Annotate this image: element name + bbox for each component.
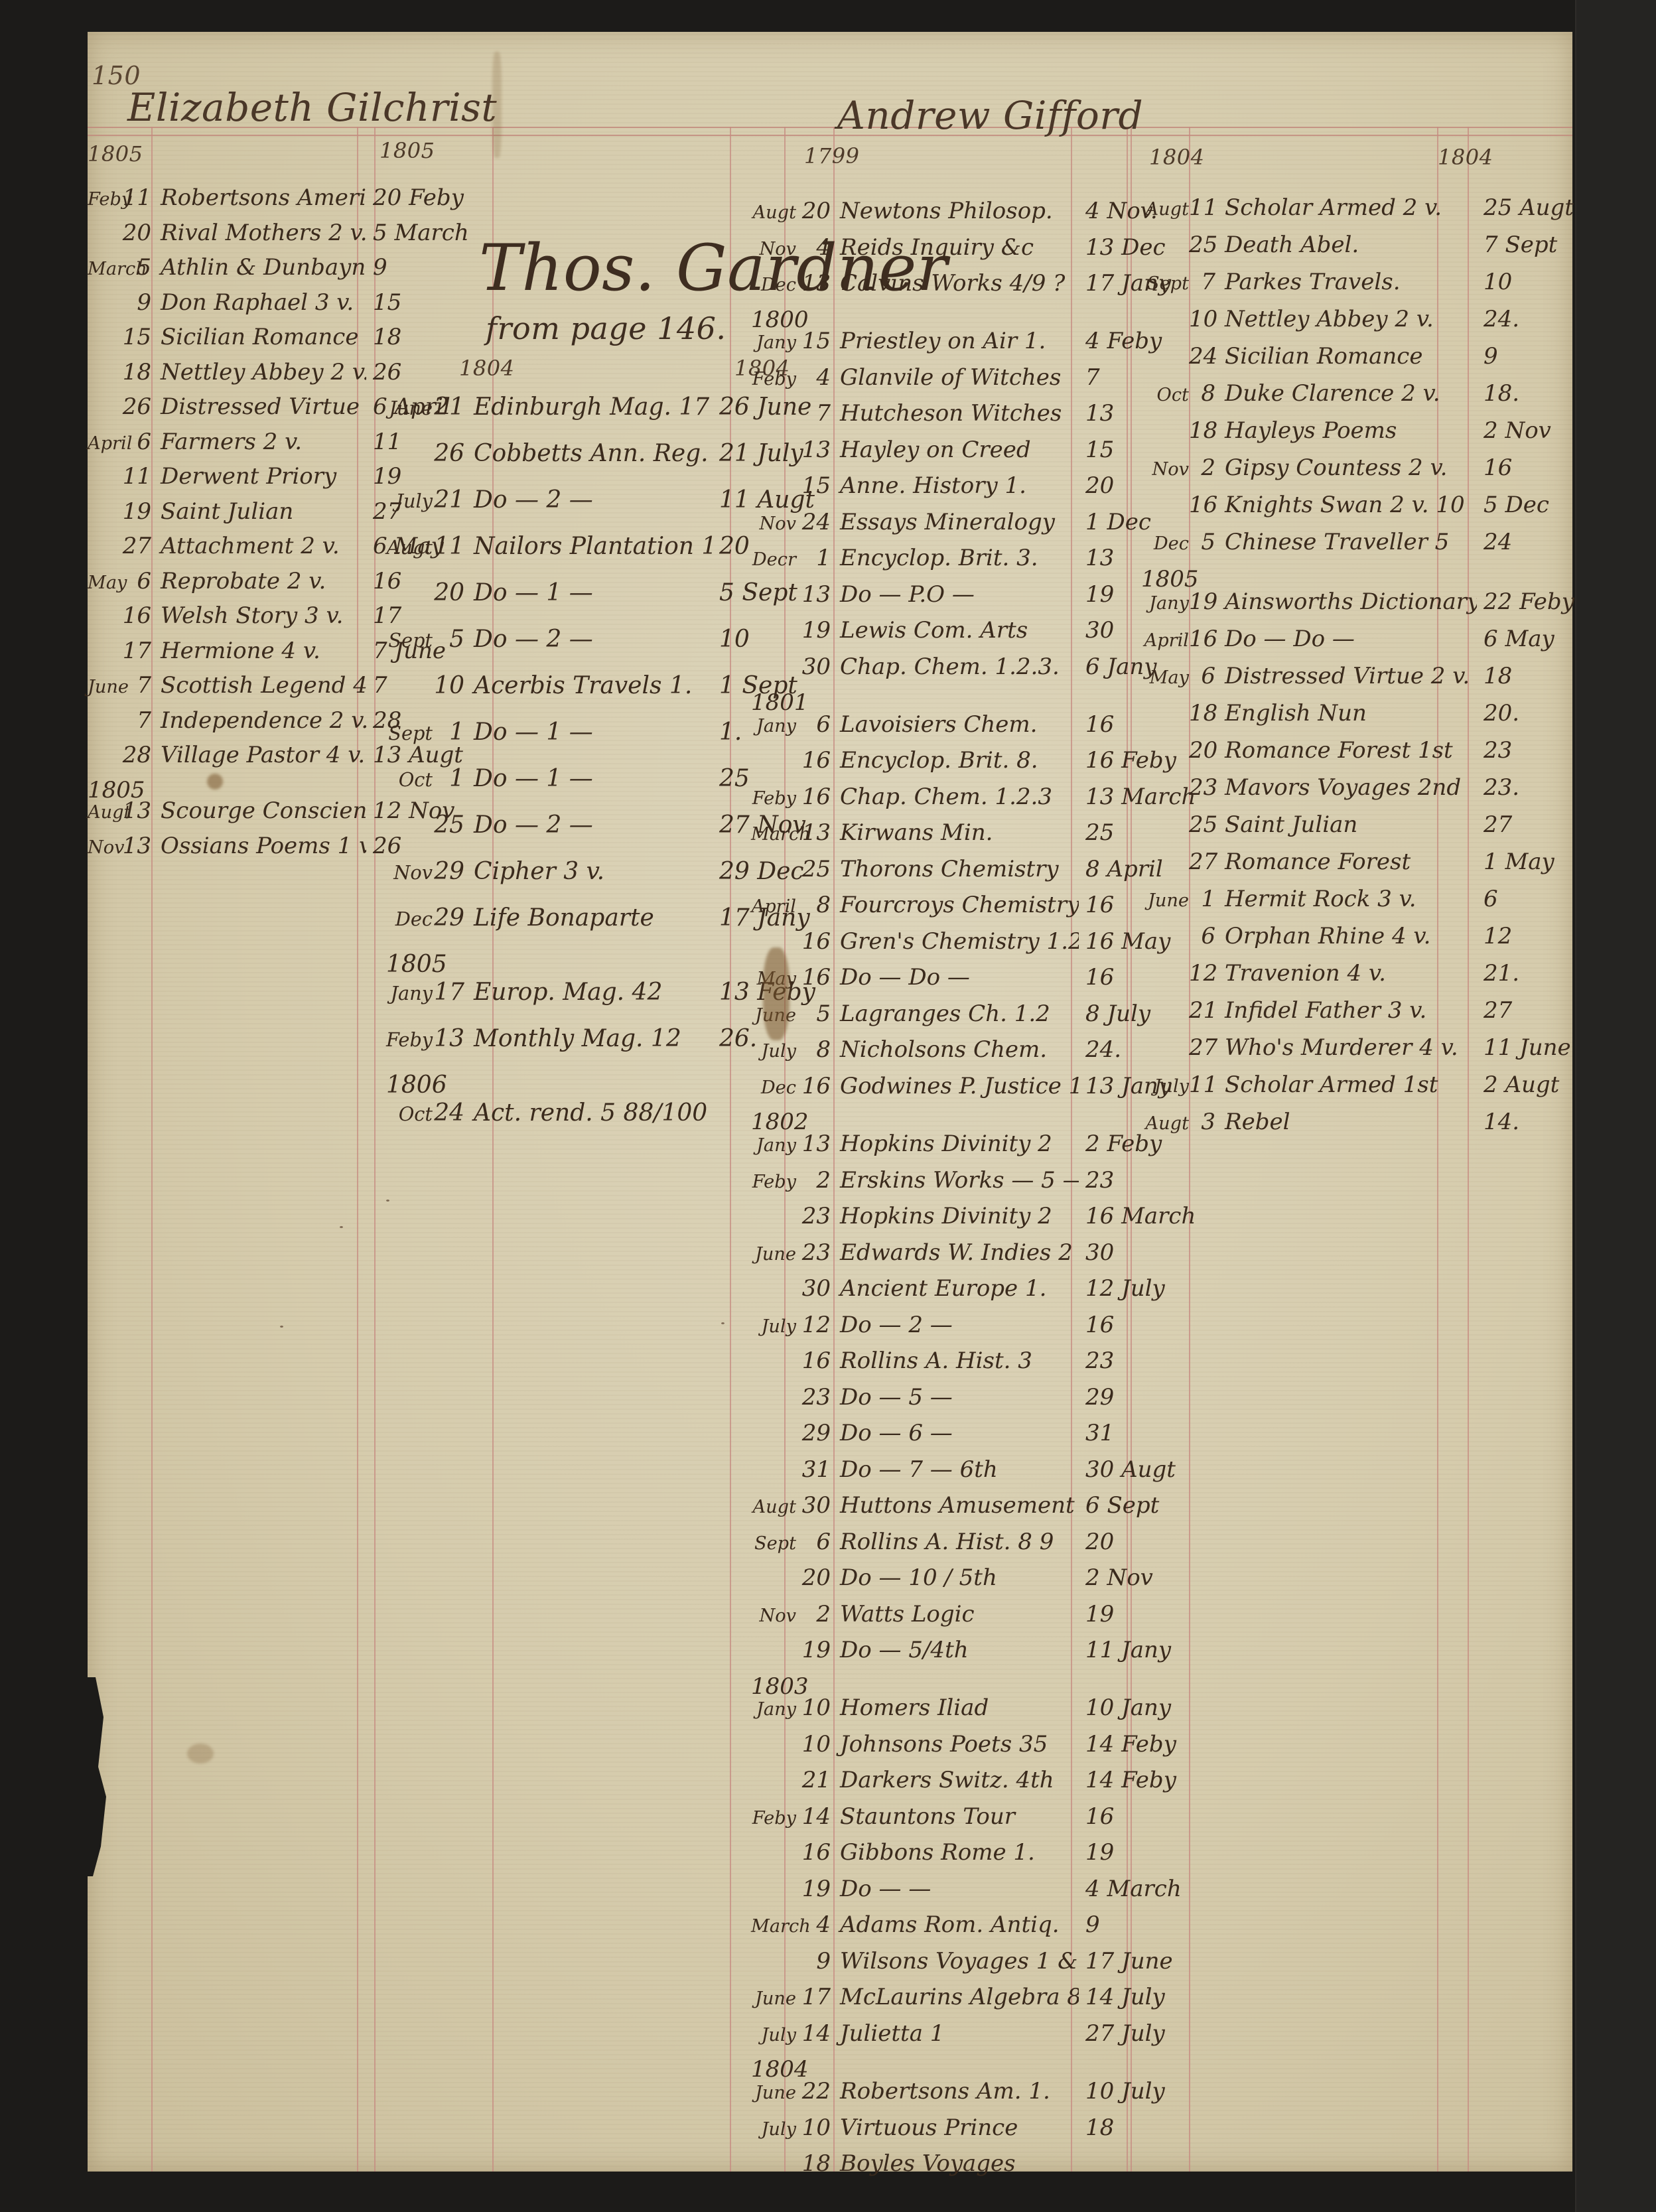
ink-speck <box>721 1322 724 1324</box>
entry-day: 4 <box>796 234 831 261</box>
entry-day: 11 <box>114 184 151 211</box>
account-subtitle-gardner: from page 146. <box>486 311 726 346</box>
entry-day: 2 <box>796 1167 831 1194</box>
entry-title: Distressed Virtue 2 v. <box>1215 663 1477 689</box>
entry-returned: 16 <box>1079 1803 1158 1830</box>
entry-day: 13 <box>796 270 831 297</box>
entry-title: Act. rend. 5 88/100 <box>464 1099 713 1127</box>
entry-day: 10 <box>433 672 464 699</box>
entry-returned: 9 <box>366 254 472 281</box>
entry-month: Jany <box>751 716 796 736</box>
ledger-entry: 6Orphan Rhine 4 v.12 <box>1141 923 1563 949</box>
entry-returned: 9 <box>1477 343 1563 370</box>
entry-day: 26 <box>433 440 464 467</box>
entry-day: 10 <box>796 1694 831 1721</box>
entry-title: Watts Logic <box>831 1601 1079 1627</box>
ledger-entry: 7Hutcheson Witches13 <box>751 400 1158 427</box>
ledger-entry: Feby2Erskins Works — 5 —23 <box>751 1167 1158 1194</box>
entry-title: Scottish Legend 4 v. <box>151 672 366 699</box>
entry-month: May <box>88 573 114 593</box>
entry-title: Lagranges Ch. 1.2 <box>831 1001 1079 1027</box>
entry-month: June <box>1141 890 1189 911</box>
ledger-entry: July21Do — 2 —11 Augt <box>386 486 792 514</box>
column-rule <box>730 127 731 2172</box>
entry-month: Augt <box>88 802 114 823</box>
entry-returned: 23. <box>1477 774 1563 801</box>
entry-returned: 16 <box>1079 1312 1158 1338</box>
entry-day: 12 <box>1189 960 1215 987</box>
ledger-entry: 12Travenion 4 v.21. <box>1141 960 1563 987</box>
entry-returned: 14 Feby <box>1079 1731 1158 1758</box>
ledger-entry: 20Do — 1 —5 Sept <box>386 579 792 606</box>
entry-day: 27 <box>1189 849 1215 875</box>
entry-title: Priestley on Air 1. <box>831 328 1079 354</box>
year-label: 1805 <box>386 951 447 978</box>
entry-returned: 24. <box>1477 306 1563 332</box>
ink-speck <box>386 1200 389 1202</box>
entry-title: Travenion 4 v. <box>1215 960 1477 987</box>
entry-title: Independence 2 v. <box>151 707 366 734</box>
ledger-entry: 25Death Abel.7 Sept <box>1141 232 1563 258</box>
entry-title: Duke Clarence 2 v. <box>1215 380 1477 407</box>
entry-month: Dec <box>1141 533 1189 554</box>
entry-title: Rival Mothers 2 v. <box>151 220 366 246</box>
entry-day: 11 <box>1189 1071 1215 1098</box>
ledger-entry: 10Acerbis Travels 1.1 Sept <box>386 672 792 699</box>
dark-backing-board <box>1575 0 1656 2212</box>
entry-day: 24 <box>433 1099 464 1127</box>
entry-day: 1 <box>433 719 464 746</box>
entry-month: July <box>386 490 433 512</box>
entry-title: Rebel <box>1215 1109 1477 1135</box>
ledger-entry: 15Sicilian Romance18 <box>88 324 472 350</box>
entry-day: 6 <box>114 568 151 594</box>
entry-title: Infidel Father 3 v. <box>1215 997 1477 1024</box>
entry-returned: 14 July <box>1079 1984 1158 2010</box>
entry-returned: 24 <box>1477 529 1563 555</box>
entry-title: Lewis Com. Arts <box>831 617 1079 644</box>
ledger-entry: 28Village Pastor 4 v.13 Augt <box>88 742 472 768</box>
entry-month: Nov <box>751 1606 796 1626</box>
entry-day: 20 <box>796 1564 831 1591</box>
entry-day: 1 <box>433 765 464 792</box>
ledger-entry: July11Scholar Armed 1st2 Augt <box>1141 1071 1563 1098</box>
ledger-entry: 31Do — 7 — 6th30 Augt <box>751 1456 1158 1483</box>
entry-title: Saint Julian <box>151 498 366 525</box>
entry-title: Rollins A. Hist. 8 9 <box>831 1529 1079 1555</box>
ledger-entry: April8Fourcroys Chemistry 216 <box>751 892 1158 918</box>
entry-day: 6 <box>1189 663 1215 689</box>
entry-month: Augt <box>1141 199 1189 220</box>
ledger-entry: Feby11Robertsons America 3 v.20 Feby <box>88 184 472 211</box>
ink-speck <box>340 1226 343 1228</box>
entry-day: 18 <box>796 2150 831 2177</box>
entry-returned: 10 Jany <box>1079 1694 1158 1721</box>
entry-month: July <box>751 1041 796 1062</box>
ledger-entry: Sept1Do — 1 —1. <box>386 719 792 746</box>
entry-day: 13 <box>433 1025 464 1052</box>
ledger-entry: 27Romance Forest1 May <box>1141 849 1563 875</box>
year-header: 1805 <box>88 141 143 167</box>
ledger-entry: 24Sicilian Romance9 <box>1141 343 1563 370</box>
entry-title: Do — 1 — <box>464 579 713 606</box>
entry-title: Anne. History 1. <box>831 472 1079 499</box>
entry-title: Huttons Amusement <box>831 1492 1079 1519</box>
ledger-entry: 25Saint Julian27 <box>1141 811 1563 838</box>
ledger-entry: 10Nettley Abbey 2 v.24. <box>1141 306 1563 332</box>
entry-day: 1 <box>1189 886 1215 912</box>
ledger-page: 150 Elizabeth Gilchrist Andrew Gifford T… <box>88 32 1572 2172</box>
entry-returned: 18 <box>1079 2114 1158 2141</box>
entry-title: Edinburgh Mag. 17 <box>464 393 713 421</box>
entry-day: 16 <box>796 1839 831 1866</box>
ledger-entry: June23Edwards W. Indies 230 <box>751 1239 1158 1266</box>
entry-returned: 12 July <box>1079 1275 1158 1302</box>
entry-returned: 6 <box>1477 886 1563 912</box>
entry-day: 10 <box>796 2114 831 2141</box>
ledger-entry: 15Anne. History 1.20 <box>751 472 1158 499</box>
entry-title: Chap. Chem. 1.2.3. <box>831 654 1079 680</box>
ledger-entry: 30Chap. Chem. 1.2.3.6 Jany <box>751 654 1158 680</box>
entry-title: Adams Rom. Antiq. <box>831 1911 1079 1938</box>
entry-returned: 21. <box>1477 960 1563 987</box>
entry-month: Augt <box>386 536 433 559</box>
ledger-entry: 25Thorons Chemistry8 April <box>751 856 1158 882</box>
ledger-entry: March4Adams Rom. Antiq.9 <box>751 1911 1158 1938</box>
entry-returned: 10 July <box>1079 2078 1158 2105</box>
entry-returned: 19 <box>1079 1601 1158 1627</box>
entry-month: Augt <box>1141 1113 1189 1134</box>
ledger-entry: Sept6Rollins A. Hist. 8 920 <box>751 1529 1158 1555</box>
year-marker: 1806 <box>386 1071 447 1099</box>
entry-returned: 11 Jany <box>1079 1637 1158 1663</box>
entry-title: Cobbetts Ann. Reg. 8 <box>464 440 713 467</box>
entry-month: Nov <box>1141 459 1189 480</box>
entry-returned: 6 Sept <box>1079 1492 1158 1519</box>
entry-day: 13 <box>796 819 831 846</box>
ledger-entry: Dec16Godwines P. Justice 113 Jany <box>751 1073 1158 1099</box>
entry-title: Saint Julian <box>1215 811 1477 838</box>
ledger-entry: June17McLaurins Algebra 814 July <box>751 1984 1158 2010</box>
entry-returned: 4 March <box>1079 1876 1158 1902</box>
ledger-entry: 19Do — —4 March <box>751 1876 1158 1902</box>
entry-returned: 12 <box>1477 923 1563 949</box>
ink-smudge <box>492 52 502 158</box>
entry-month: Nov <box>751 514 796 534</box>
ledger-entry: Oct8Duke Clarence 2 v.18. <box>1141 380 1563 407</box>
entry-title: Derwent Priory <box>151 463 366 490</box>
entry-title: Sicilian Romance <box>1215 343 1477 370</box>
entry-day: 30 <box>796 1492 831 1519</box>
entry-title: Nettley Abbey 2 v. <box>151 359 366 385</box>
entry-day: 14 <box>796 2020 831 2047</box>
entry-month: April <box>1141 630 1189 651</box>
entry-returned: 25 Augt <box>1477 194 1563 221</box>
entry-title: Do — 6 — <box>831 1420 1079 1446</box>
entry-month: April <box>751 896 796 917</box>
ledger-entry: 18Boyles Voyages <box>751 2150 1158 2177</box>
entry-title: Reprobate 2 v. <box>151 568 366 594</box>
ledger-entry: 10Johnsons Poets 3514 Feby <box>751 1731 1158 1758</box>
entry-day: 22 <box>796 2078 831 2105</box>
entry-title: Virtuous Prince <box>831 2114 1079 2141</box>
entry-returned: 23 <box>1079 1348 1158 1374</box>
entry-title: Thorons Chemistry <box>831 856 1079 882</box>
entry-title: Johnsons Poets 35 <box>831 1731 1079 1758</box>
entry-day: 28 <box>114 742 151 768</box>
entry-title: Do — Do — <box>1215 626 1477 652</box>
entry-day: 31 <box>796 1456 831 1483</box>
header-rule-bottom <box>88 135 1572 136</box>
entry-day: 17 <box>796 1984 831 2010</box>
ledger-entry: 20Do — 10 / 5th2 Nov <box>751 1564 1158 1591</box>
ledger-entry: Augt30Huttons Amusement6 Sept <box>751 1492 1158 1519</box>
ledger-entry: Oct1Do — 1 —25 <box>386 765 792 792</box>
year-header: 1804 <box>1149 145 1204 170</box>
entry-returned: 19 <box>366 463 472 490</box>
entry-title: Cipher 3 v. <box>464 858 713 885</box>
entry-title: Do — 2 — <box>464 626 713 653</box>
entry-month: May <box>1141 667 1189 688</box>
ink-blot <box>207 774 223 790</box>
ledger-entry: April16Do — Do —6 May <box>1141 626 1563 652</box>
entry-day: 25 <box>433 811 464 839</box>
entry-month: July <box>1141 1076 1189 1097</box>
ledger-entry: 30Ancient Europe 1.12 July <box>751 1275 1158 1302</box>
entry-month: March <box>751 1916 796 1937</box>
entry-title: Parkes Travels. <box>1215 269 1477 295</box>
entry-month: Oct <box>386 1103 433 1125</box>
entry-title: Stauntons Tour <box>831 1803 1079 1830</box>
ledger-entry: 13Do — P.O —19 <box>751 581 1158 608</box>
entry-day: 16 <box>1189 626 1215 652</box>
entry-day: 15 <box>796 472 831 499</box>
entry-title: Scourge Conscience 4 v. <box>151 797 366 824</box>
entry-month: Oct <box>386 768 433 791</box>
entry-day: 30 <box>796 654 831 680</box>
entry-day: 5 <box>1189 529 1215 555</box>
account-name-gifford: Andrew Gifford <box>837 93 1143 138</box>
entry-day: 5 <box>114 254 151 281</box>
year-header: 1804 <box>1438 145 1493 170</box>
ledger-entry: Oct24Act. rend. 5 88/100 <box>386 1099 792 1127</box>
entry-returned: 26 <box>366 359 472 385</box>
entry-month: April <box>88 433 114 454</box>
entry-title: Erskins Works — 5 — <box>831 1167 1079 1194</box>
entry-returned: 15 <box>366 289 472 316</box>
entry-day: 29 <box>433 904 464 932</box>
entry-month: Feby <box>751 369 796 389</box>
entry-title: Orphan Rhine 4 v. <box>1215 923 1477 949</box>
ledger-entry: Nov29Cipher 3 v.29 Dec <box>386 858 792 885</box>
entry-day: 9 <box>114 289 151 316</box>
ledger-entry: 25Do — 2 —27 Nov <box>386 811 792 839</box>
entry-title: Glanvile of Witches <box>831 364 1079 391</box>
entry-day: 15 <box>796 328 831 354</box>
entry-title: Scholar Armed 2 v. <box>1215 194 1477 221</box>
entry-title: Europ. Mag. 42 <box>464 979 713 1006</box>
entry-month: July <box>751 2119 796 2140</box>
ledger-entry: March5Athlin & Dunbayne9 <box>88 254 472 281</box>
entry-month: Oct <box>1141 385 1189 405</box>
entry-day: 30 <box>796 1275 831 1302</box>
entry-title: Romance Forest 1st <box>1215 737 1477 764</box>
entry-day: 2 <box>796 1601 831 1627</box>
entry-returned: 10 <box>1477 269 1563 295</box>
entry-month: Dec <box>751 1077 796 1098</box>
entry-day: 20 <box>114 220 151 246</box>
entry-title: Knights Swan 2 v. 10 <box>1215 492 1477 518</box>
entry-title: Sicilian Romance <box>151 324 366 350</box>
entry-day: 4 <box>796 364 831 391</box>
entry-day: 21 <box>433 393 464 421</box>
entry-returned: 27 July <box>1079 2020 1158 2047</box>
entry-title: Calvins Works 4/9 ? <box>831 270 1079 297</box>
ledger-entry: Nov4Reids Inquiry &c13 Dec <box>751 234 1158 261</box>
entry-returned: 16 March <box>1079 1203 1158 1229</box>
entry-returned: 27 <box>1477 997 1563 1024</box>
entry-title: Do — 1 — <box>464 719 713 746</box>
entry-day: 16 <box>1189 492 1215 518</box>
ledger-entry: 21Darkers Switz. 4th14 Feby <box>751 1767 1158 1793</box>
ledger-entry: June21Edinburgh Mag. 1726 June <box>386 393 792 421</box>
entry-month: Augt <box>751 1497 796 1517</box>
entry-day: 18 <box>1189 700 1215 726</box>
entry-day: 14 <box>796 1803 831 1830</box>
entry-day: 7 <box>114 672 151 699</box>
entry-returned: 18. <box>1477 380 1563 407</box>
entry-title: Do — 1 — <box>464 765 713 792</box>
entry-title: Gipsy Countess 2 v. <box>1215 454 1477 481</box>
ledger-entry: Dec5Chinese Traveller 524 <box>1141 529 1563 555</box>
entry-day: 13 <box>796 581 831 608</box>
entry-title: Do — 2 — <box>464 811 713 839</box>
entry-day: 9 <box>796 1948 831 1974</box>
ledger-entry: 23Mavors Voyages 2nd23. <box>1141 774 1563 801</box>
entry-title: Do — 7 — 6th <box>831 1456 1079 1483</box>
entry-month: Sept <box>1141 273 1189 294</box>
entry-month: Dec <box>386 908 433 930</box>
entry-day: 21 <box>433 486 464 514</box>
entry-day: 21 <box>1189 997 1215 1024</box>
entry-title: Godwines P. Justice 1 <box>831 1073 1079 1099</box>
entry-returned: 17 <box>366 602 472 629</box>
entry-day: 23 <box>1189 774 1215 801</box>
entry-day: 16 <box>796 747 831 774</box>
entry-title: Scholar Armed 1st <box>1215 1071 1477 1098</box>
entry-title: Hutcheson Witches <box>831 400 1079 427</box>
ledger-entry: 23Do — 5 —29 <box>751 1384 1158 1411</box>
entry-day: 20 <box>796 198 831 224</box>
ledger-entry: Augt11Nailors Plantation 1.20 <box>386 533 792 560</box>
entry-returned: 23 <box>1079 1167 1158 1194</box>
ledger-entry: Feby13Monthly Mag. 1226. <box>386 1025 792 1052</box>
entry-month: Sept <box>386 629 433 652</box>
entry-title: Chap. Chem. 1.2.3 <box>831 784 1079 810</box>
entry-returned: 5 March <box>366 220 472 246</box>
ledger-entry: 16Gibbons Rome 1.19 <box>751 1839 1158 1866</box>
ledger-entry: Sept7Parkes Travels.10 <box>1141 269 1563 295</box>
entry-day: 11 <box>114 463 151 490</box>
entry-day: 19 <box>114 498 151 525</box>
entry-returned: 29 <box>1079 1384 1158 1411</box>
entry-day: 27 <box>1189 1034 1215 1061</box>
entry-day: 16 <box>796 964 831 991</box>
entry-title: Death Abel. <box>1215 232 1477 258</box>
entry-returned: 31 <box>1079 1420 1158 1446</box>
entry-day: 3 <box>1189 1109 1215 1135</box>
ledger-entry: June1Hermit Rock 3 v.6 <box>1141 886 1563 912</box>
entry-title: Athlin & Dunbayne <box>151 254 366 281</box>
entry-month: July <box>751 2025 796 2045</box>
entry-day: 29 <box>433 858 464 885</box>
ledger-entry: May16Do — Do —16 <box>751 964 1158 991</box>
entry-title: Julietta 1 <box>831 2020 1079 2047</box>
entry-day: 6 <box>114 429 151 455</box>
entry-day: 5 <box>433 626 464 653</box>
entry-month: June <box>386 397 433 419</box>
entry-day: 25 <box>1189 232 1215 258</box>
entry-title: Rollins A. Hist. 3 <box>831 1348 1079 1374</box>
entry-month: June <box>751 1244 796 1265</box>
entry-day: 10 <box>796 1731 831 1758</box>
entry-returned: 13 Augt <box>366 742 472 768</box>
entry-day: 13 <box>796 437 831 463</box>
entry-day: 20 <box>433 579 464 606</box>
entry-title: Chinese Traveller 5 <box>1215 529 1477 555</box>
entry-month: July <box>751 1316 796 1337</box>
ledger-entry: Nov2Watts Logic19 <box>751 1601 1158 1627</box>
entry-returned: 2 Augt <box>1477 1071 1563 1098</box>
entry-day: 8 <box>796 892 831 918</box>
entry-title: McLaurins Algebra 8 <box>831 1984 1079 2010</box>
entry-title: Encyclop. Brit. 8. <box>831 747 1079 774</box>
entry-title: Essays Mineralogy <box>831 509 1079 535</box>
entry-month: Sept <box>751 1533 796 1554</box>
entry-day: 27 <box>114 533 151 559</box>
entry-day: 19 <box>1189 588 1215 615</box>
entry-day: 7 <box>114 707 151 734</box>
ledger-entry: Nov2Gipsy Countess 2 v.16 <box>1141 454 1563 481</box>
water-stain <box>187 1744 214 1763</box>
entry-returned: 20. <box>1477 700 1563 726</box>
entry-month: Nov <box>88 837 114 858</box>
entry-day: 7 <box>796 400 831 427</box>
entry-month: Feby <box>386 1028 433 1051</box>
entry-day: 15 <box>114 324 151 350</box>
entry-title: Do — 5/4th <box>831 1637 1079 1663</box>
entry-returned: 14. <box>1477 1109 1563 1135</box>
entry-day: 13 <box>796 1131 831 1157</box>
ledger-entry: June22Robertsons Am. 1.10 July <box>751 2078 1158 2105</box>
ledger-entry: July10Virtuous Prince18 <box>751 2114 1158 2141</box>
entry-day: 25 <box>796 856 831 882</box>
entry-day: 7 <box>1189 269 1215 295</box>
ledger-entry: 23Hopkins Divinity 216 March <box>751 1203 1158 1229</box>
ledger-entry: 16Welsh Story 3 v.17 <box>88 602 472 629</box>
entry-title: Gibbons Rome 1. <box>831 1839 1079 1866</box>
ledger-entry: Sept5Do — 2 —10 <box>386 626 792 653</box>
ledger-entry: June5Lagranges Ch. 1.28 July <box>751 1001 1158 1027</box>
ink-blot <box>763 947 790 1040</box>
entry-month: Feby <box>88 189 114 210</box>
year-label: 1806 <box>386 1071 447 1099</box>
entry-title: Who's Murderer 4 v. <box>1215 1034 1477 1061</box>
entry-day: 19 <box>796 1876 831 1902</box>
entry-title: Nettley Abbey 2 v. <box>1215 306 1477 332</box>
entry-title: Romance Forest <box>1215 849 1477 875</box>
entry-title: Gren's Chemistry 1.2 <box>831 928 1079 955</box>
